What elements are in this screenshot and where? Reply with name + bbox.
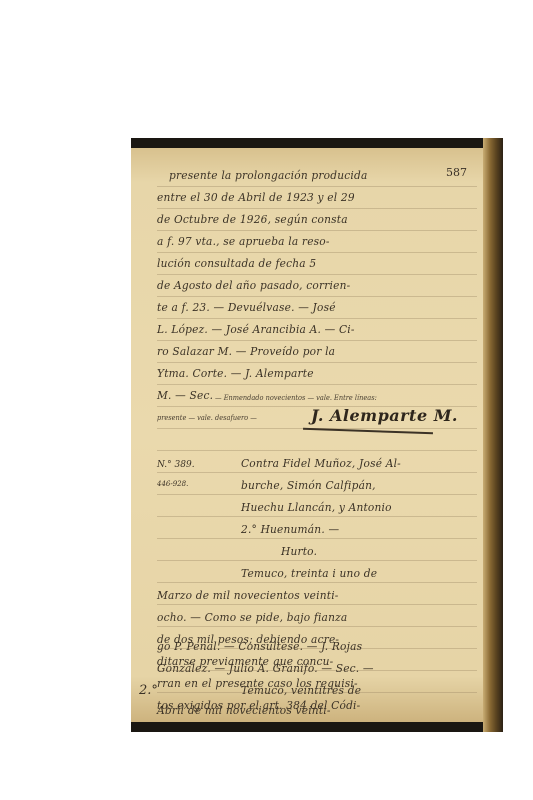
entry2-line: go P. Penal. — Consúltese. — J. Rojas: [157, 641, 477, 654]
lower-page-content: go P. Penal. — Consúltese. — J. Rojas Go…: [131, 138, 483, 732]
entry3-line: Temuco, veintitrés de: [241, 685, 477, 698]
entry2-line: González. — Julio A. Granifo. — Sec. —: [157, 663, 477, 676]
book-spine-edge: [483, 138, 503, 732]
entry3-line: Abril de mil novecientos veinti-: [157, 705, 477, 718]
entry-number: 2.°: [139, 683, 158, 698]
